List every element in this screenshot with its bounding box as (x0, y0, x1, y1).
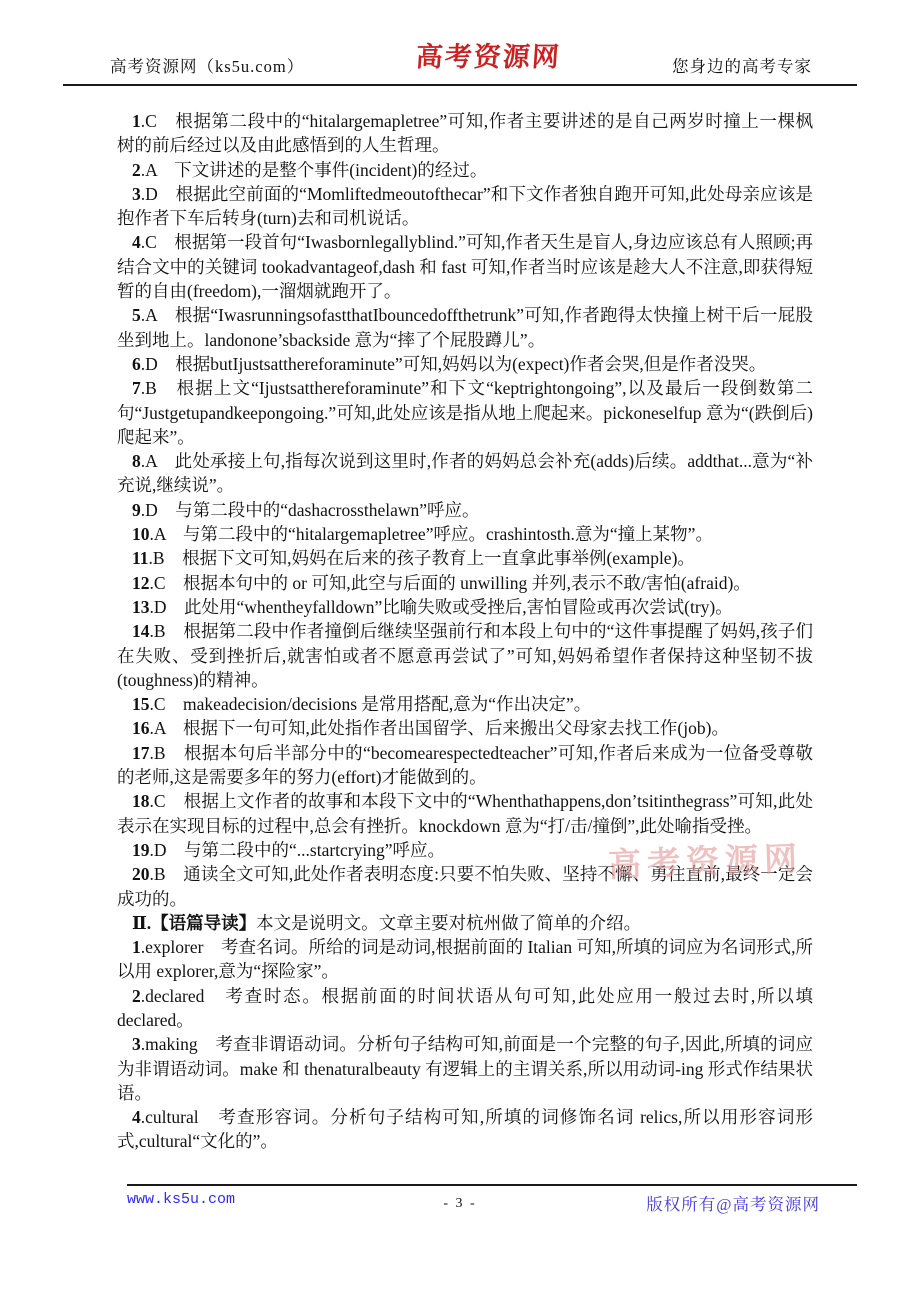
answer-number: 3 (132, 184, 141, 204)
answer-text: .cultural 考查形容词。分析句子结构可知,所填的词修饰名词 relics… (117, 1107, 813, 1151)
answer-text: .B 根据上文“Ijustsatthereforaminute”和下文“kept… (117, 378, 813, 447)
answer-text: .C 根据上文作者的故事和本段下文中的“Whenthathappens,don’… (117, 791, 813, 835)
answer-text: .explorer 考查名词。所给的词是动词,根据前面的 Italian 可知,… (117, 937, 813, 981)
page-header: 高考资源网（ks5u.com） 高考资源网 您身边的高考专家 (63, 38, 857, 86)
watermark: 高考资源网 (607, 833, 804, 887)
answer-item-15: 15.C makeadecision/decisions 是常用搭配,意为“作出… (117, 692, 813, 716)
answer-number: 17 (132, 743, 150, 763)
answer-text: .C 根据第一段首句“Iwasbornlegallyblind.”可知,作者天生… (117, 232, 813, 301)
answer-number: 16 (132, 718, 150, 738)
section-label: Ⅱ.【语篇导读】 (132, 913, 256, 933)
answer-item-16: 16.A 根据下一句可知,此处指作者出国留学、后来搬出父母家去找工作(job)。 (117, 716, 813, 740)
answer-text: .D 此处用“whentheyfalldown”比喻失败或受挫后,害怕冒险或再次… (150, 597, 733, 617)
answer-item-ii-4: 4.cultural 考查形容词。分析句子结构可知,所填的词修饰名词 relic… (117, 1105, 813, 1154)
answer-number: 5 (132, 305, 141, 325)
document-page: 高考资源网（ks5u.com） 高考资源网 您身边的高考专家 1.C 根据第二段… (0, 0, 920, 1302)
section-text: 本文是说明文。文章主要对杭州做了简单的介绍。 (256, 913, 641, 933)
answer-item-2: 2.A 下文讲述的是整个事件(incident)的经过。 (117, 158, 813, 182)
answer-item-5: 5.A 根据“IwasrunningsofastthatIbouncedofft… (117, 303, 813, 352)
answer-number: 3 (132, 1034, 141, 1054)
answer-number: 4 (132, 1107, 141, 1127)
answer-number: 6 (132, 354, 141, 374)
answer-text: .B 根据下文可知,妈妈在后来的孩子教育上一直拿此事举例(example)。 (149, 548, 695, 568)
answer-text: .A 此处承接上句,指每次说到这里时,作者的妈妈总会补充(adds)后续。add… (117, 451, 813, 495)
answer-item-4: 4.C 根据第一段首句“Iwasbornlegallyblind.”可知,作者天… (117, 230, 813, 303)
answer-number: 7 (132, 378, 141, 398)
answer-text: .A 下文讲述的是整个事件(incident)的经过。 (141, 160, 488, 180)
answer-number: 13 (132, 597, 150, 617)
answer-number: 2 (132, 986, 141, 1006)
answer-item-ii-1: 1.explorer 考查名词。所给的词是动词,根据前面的 Italian 可知… (117, 935, 813, 984)
answer-item-7: 7.B 根据上文“Ijustsatthereforaminute”和下文“kep… (117, 376, 813, 449)
answer-number: 10 (132, 524, 150, 544)
answer-item-3: 3.D 根据此空前面的“Momliftedmeoutofthecar”和下文作者… (117, 182, 813, 231)
answer-number: 9 (132, 500, 141, 520)
answer-text: .D 与第二段中的“dashacrossthelawn”呼应。 (141, 500, 480, 520)
answer-text: .C 根据本句中的 or 可知,此空与后面的 unwilling 并列,表示不敢… (150, 573, 751, 593)
answer-text: .A 根据下一句可知,此处指作者出国留学、后来搬出父母家去找工作(job)。 (150, 718, 729, 738)
answer-number: 18 (132, 791, 150, 811)
answer-text: .B 根据第二段中作者撞倒后继续坚强前行和本段上句中的“这件事提醒了妈妈,孩子们… (117, 621, 813, 690)
answer-item-9: 9.D 与第二段中的“dashacrossthelawn”呼应。 (117, 498, 813, 522)
answer-number: 19 (132, 840, 150, 860)
answer-number: 8 (132, 451, 141, 471)
answer-text: .making 考查非谓语动词。分析句子结构可知,前面是一个完整的句子,因此,所… (117, 1034, 813, 1103)
answer-text: .D 与第二段中的“...startcrying”呼应。 (150, 840, 446, 860)
answer-item-14: 14.B 根据第二段中作者撞倒后继续坚强前行和本段上句中的“这件事提醒了妈妈,孩… (117, 619, 813, 692)
answer-text: .A 根据“IwasrunningsofastthatIbouncedoffth… (117, 305, 813, 349)
answer-item-11: 11.B 根据下文可知,妈妈在后来的孩子教育上一直拿此事举例(example)。 (117, 546, 813, 570)
answer-number: 20 (132, 864, 150, 884)
answer-number: 1 (132, 111, 141, 131)
answer-item-ii-3: 3.making 考查非谓语动词。分析句子结构可知,前面是一个完整的句子,因此,… (117, 1032, 813, 1105)
header-slogan: 您身边的高考专家 (672, 53, 857, 77)
answer-item-18: 18.C 根据上文作者的故事和本段下文中的“Whenthathappens,do… (117, 789, 813, 838)
answer-text: .C 根据第二段中的“hitalargemapletree”可知,作者主要讲述的… (117, 111, 813, 155)
answer-item-6: 6.D 根据butIjustsatthereforaminute”可知,妈妈以为… (117, 352, 813, 376)
answer-item-12: 12.C 根据本句中的 or 可知,此空与后面的 unwilling 并列,表示… (117, 571, 813, 595)
answer-number: 12 (132, 573, 150, 593)
answer-item-ii-2: 2.declared 考查时态。根据前面的时间状语从句可知,此处应用一般过去时,… (117, 984, 813, 1033)
answer-text: .declared 考查时态。根据前面的时间状语从句可知,此处应用一般过去时,所… (117, 986, 813, 1030)
answer-number: 14 (132, 621, 150, 641)
answer-number: 1 (132, 937, 141, 957)
answer-number: 15 (132, 694, 150, 714)
answer-item-1: 1.C 根据第二段中的“hitalargemapletree”可知,作者主要讲述… (117, 109, 813, 158)
page-number: - 3 - (0, 1196, 920, 1212)
answer-item-13: 13.D 此处用“whentheyfalldown”比喻失败或受挫后,害怕冒险或… (117, 595, 813, 619)
answer-text: .D 根据此空前面的“Momliftedmeoutofthecar”和下文作者独… (117, 184, 813, 228)
answer-text: .C makeadecision/decisions 是常用搭配,意为“作出决定… (150, 694, 592, 714)
answer-text: .B 根据本句后半部分中的“becomearespectedteacher”可知… (117, 743, 813, 787)
answer-item-8: 8.A 此处承接上句,指每次说到这里时,作者的妈妈总会补充(adds)后续。ad… (117, 449, 813, 498)
answer-text: .A 与第二段中的“hitalargemapletree”呼应。crashint… (150, 524, 713, 544)
answer-list: 1.C 根据第二段中的“hitalargemapletree”可知,作者主要讲述… (117, 109, 813, 1154)
answer-item-10: 10.A 与第二段中的“hitalargemapletree”呼应。crashi… (117, 522, 813, 546)
answer-number: 4 (132, 232, 141, 252)
answer-number: 2 (132, 160, 141, 180)
answer-item-17: 17.B 根据本句后半部分中的“becomearespectedteacher”… (117, 741, 813, 790)
footer-divider (127, 1184, 857, 1186)
section-heading-passage-guide: Ⅱ.【语篇导读】本文是说明文。文章主要对杭州做了简单的介绍。 (117, 911, 813, 935)
brand-logo: 高考资源网 (414, 35, 562, 74)
answer-number: 11 (132, 548, 149, 568)
header-site-name: 高考资源网（ks5u.com） (63, 53, 304, 77)
answer-text: .D 根据butIjustsatthereforaminute”可知,妈妈以为(… (141, 354, 767, 374)
